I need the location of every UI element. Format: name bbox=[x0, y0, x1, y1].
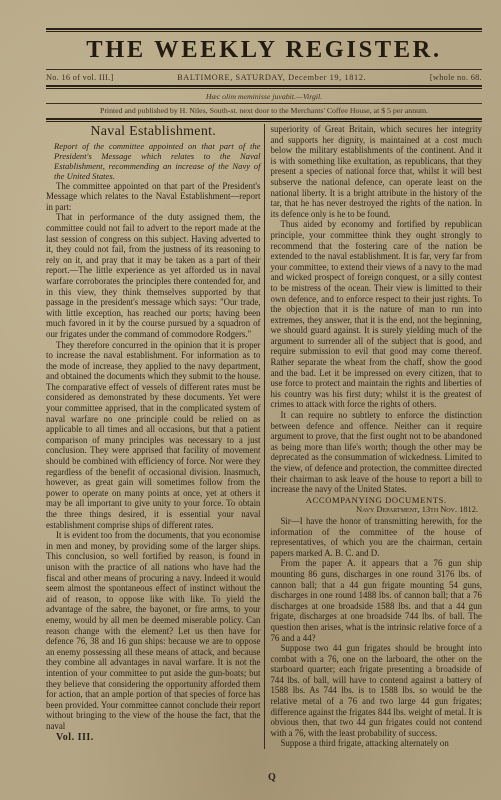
motto-rule bbox=[46, 103, 482, 104]
issue-number: No. 16 of vol. III.] bbox=[46, 73, 114, 82]
article-subhead: Report of the committee appointed on tha… bbox=[46, 141, 260, 181]
paragraph: Suppose two 44 gun frigates should be br… bbox=[270, 643, 482, 738]
imprint: Printed and published by H. Niles, South… bbox=[46, 106, 482, 115]
paragraph: Sir—I have the honor of transmitting her… bbox=[270, 516, 482, 558]
whole-number: [whole no. 68. bbox=[430, 73, 482, 82]
signature-mark: Q bbox=[268, 772, 276, 783]
date-location: BALTIMORE, SATURDAY, December 19, 1812. bbox=[177, 73, 366, 82]
volume-marker: Vol. III. bbox=[46, 733, 260, 744]
documents-heading: ACCOMPANYING DOCUMENTS. bbox=[270, 495, 482, 506]
dateline-bar: No. 16 of vol. III.] BALTIMORE, SATURDAY… bbox=[46, 70, 482, 85]
article-columns: Naval Establishment. Report of the commi… bbox=[46, 124, 482, 749]
paragraph: Thus aided by economy and fortified by r… bbox=[270, 219, 482, 410]
paragraph: The committee appointed on that part of … bbox=[46, 181, 260, 213]
motto: Hæc olim meminisse juvabit.—Virgil. bbox=[46, 92, 482, 101]
paragraph: From the paper A. it appears that a 76 g… bbox=[270, 558, 482, 643]
dateline-rule bbox=[46, 85, 482, 89]
paragraph: It is evident too from the documents, th… bbox=[46, 530, 260, 731]
paragraph: It can require no subtlety to enforce th… bbox=[270, 410, 482, 495]
paragraph: Suppose a third frigate, attacking alter… bbox=[270, 738, 482, 749]
newspaper-page: THE WEEKLY REGISTER. No. 16 of vol. III.… bbox=[46, 28, 482, 749]
top-rule bbox=[46, 28, 482, 32]
paragraph: superiority of Great Britain, which secu… bbox=[270, 124, 482, 219]
imprint-rule bbox=[46, 118, 482, 122]
right-column: superiority of Great Britain, which secu… bbox=[264, 124, 482, 749]
documents-dateline: Navy Department, 13th Nov. 1812. bbox=[270, 505, 482, 516]
article-headline: Naval Establishment. bbox=[46, 127, 260, 138]
paragraph: They therefore concurred in the opinion … bbox=[46, 340, 260, 531]
paragraph: That in performance of the duty assigned… bbox=[46, 212, 260, 339]
left-column: Naval Establishment. Report of the commi… bbox=[46, 124, 264, 749]
masthead-title: THE WEEKLY REGISTER. bbox=[46, 36, 482, 64]
